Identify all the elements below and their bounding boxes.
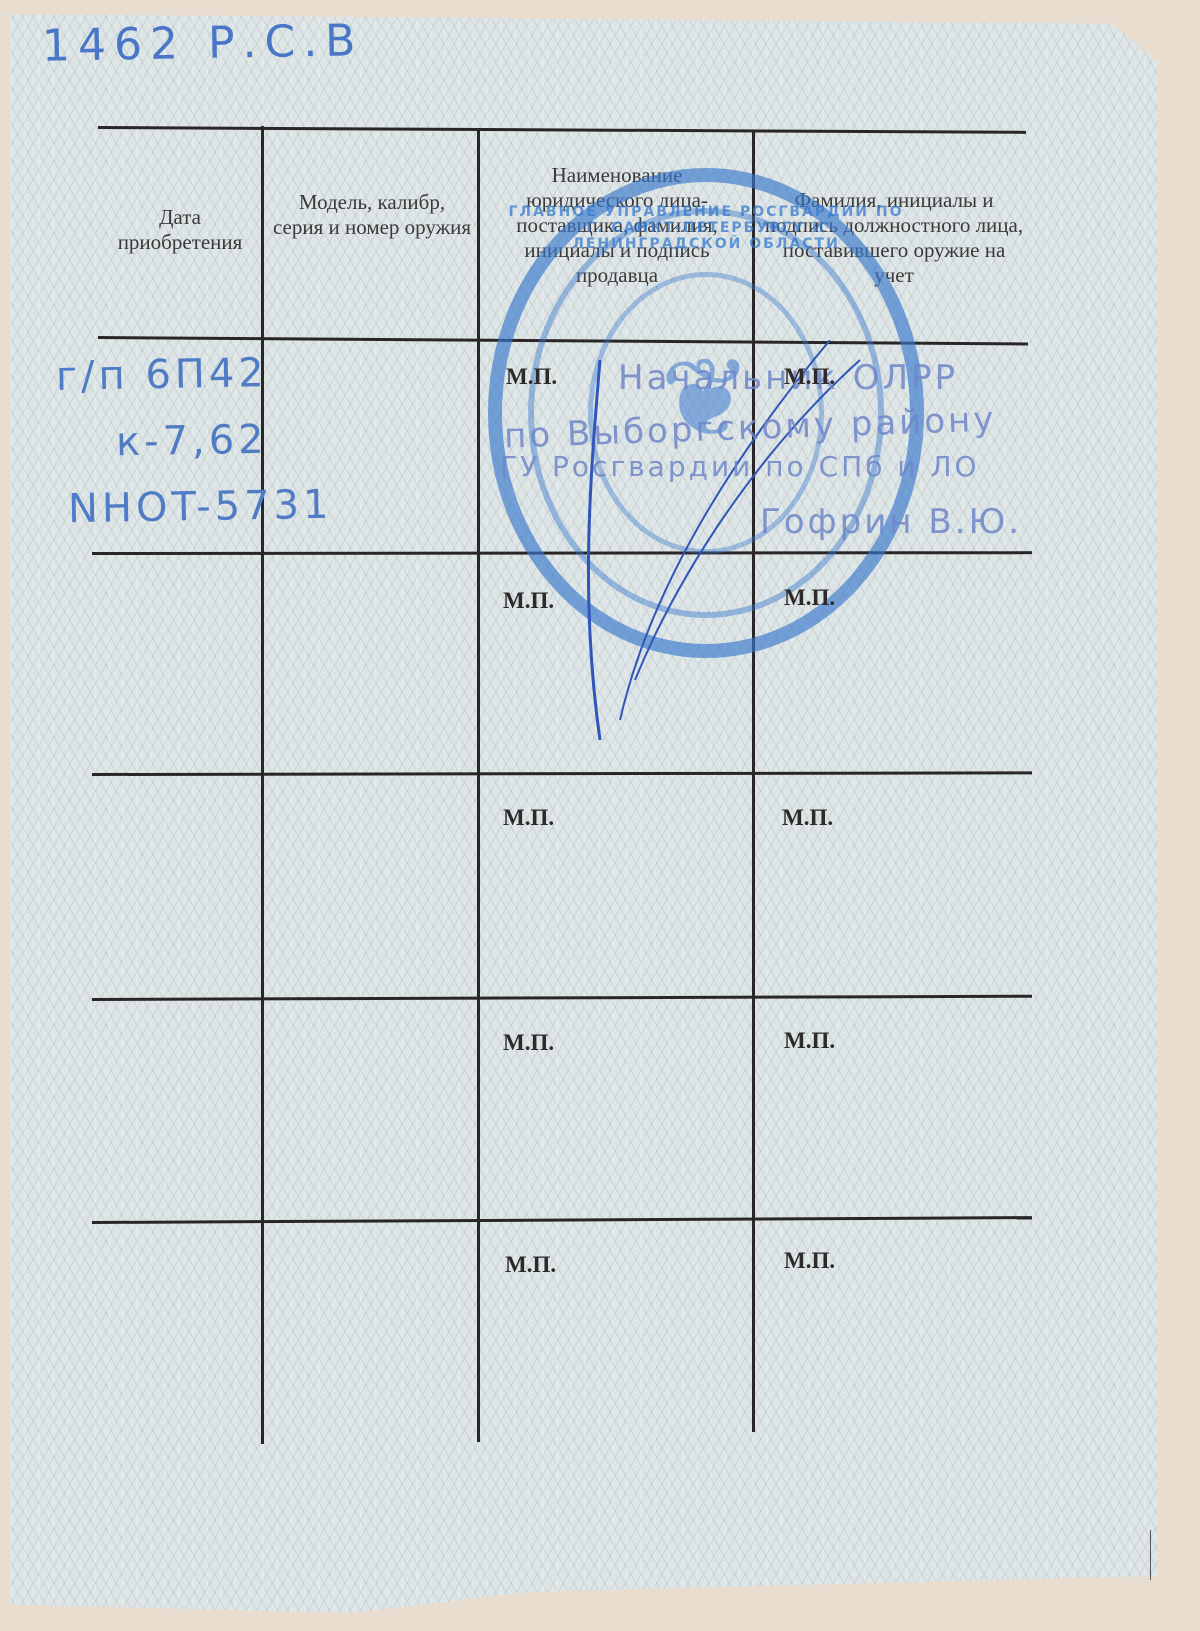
handwritten-note: 1462 Р.С.В <box>42 15 364 72</box>
seal-mark-official: М.П. <box>784 585 835 611</box>
header-weapon-model: Модель, калибр, серия и номер оружия <box>272 190 472 240</box>
column-divider <box>261 126 264 1444</box>
seal-mark-seller: М.П. <box>503 588 554 614</box>
seal-mark-official: М.П. <box>784 364 835 390</box>
official-signature-line: Гофрин В.Ю. <box>760 502 1022 542</box>
seal-mark-seller: М.П. <box>503 1030 554 1056</box>
signature-icon <box>560 340 880 760</box>
seal-mark-official: М.П. <box>784 1028 835 1054</box>
official-signature-line: ГУ Росгвардии по СПб и ЛО <box>500 450 980 483</box>
seal-mark-official: М.П. <box>784 1248 835 1274</box>
weapon-serial: NHOT-5731 <box>68 482 333 533</box>
seal-mark-official: М.П. <box>782 805 833 831</box>
seal-mark-seller: М.П. <box>506 364 557 390</box>
stamp-text: ГЛАВНОЕ УПРАВЛЕНИЕ РОСГВАРДИИ ПО Г. САНК… <box>502 204 910 252</box>
column-divider <box>477 128 480 1442</box>
seal-mark-seller: М.П. <box>503 805 554 831</box>
page-edge-mark <box>1150 1530 1151 1580</box>
weapon-caliber: к-7,62 <box>116 417 268 466</box>
header-purchase-date: Дата приобретения <box>100 205 260 255</box>
weapon-model: г/п 6П42 <box>56 350 269 400</box>
seal-mark-seller: М.П. <box>505 1252 556 1278</box>
